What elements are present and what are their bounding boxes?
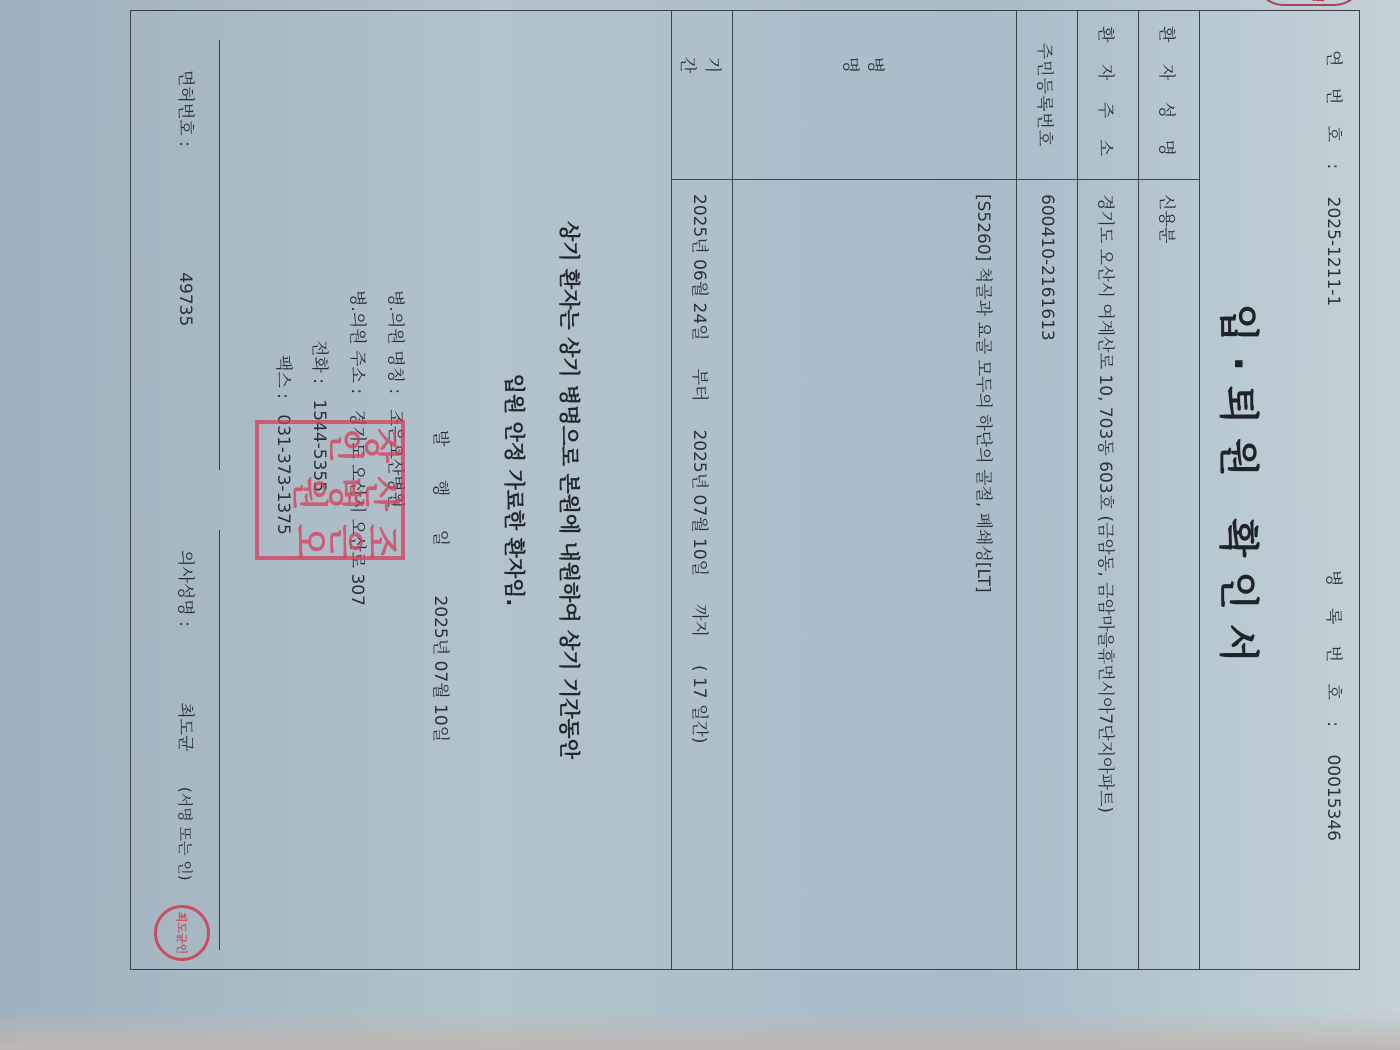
- row-patient-address: 환 자 주 소 경기도 오산시 여계산로 10, 703동 603호 (금암동,…: [1078, 11, 1139, 970]
- period-to: 까지: [690, 604, 715, 637]
- document-title: 입·퇴원 확인서: [1213, 10, 1270, 970]
- doctor-value: 최도균: [175, 702, 195, 751]
- hospital-fax-label: 팩스 :: [273, 355, 293, 399]
- period-from: 부터: [690, 369, 715, 402]
- patient-address-label: 환 자 주 소: [1078, 11, 1139, 180]
- row-resident-id: 주민등록번호 600410-2161613: [1017, 11, 1078, 970]
- chart-value: 00015346: [1323, 754, 1343, 841]
- statement-line-2: 입원 안정 가료한 환자임.: [500, 10, 530, 970]
- doctor-rule: [219, 530, 220, 950]
- period-start: 2025년 06월 24일: [690, 194, 715, 341]
- top-hospital-seal: 조은오산병원: [1254, 0, 1364, 6]
- period-value: 2025년 06월 24일 부터 2025년 07월 10일 까지 ( 17 일…: [672, 180, 733, 970]
- patient-name-value: 신용분: [1139, 180, 1200, 970]
- admission-discharge-certificate: 조은오산병원 연 번 호 : 2025-1211-1 병 록 번 호 : 000…: [120, 10, 1360, 970]
- row-period: 기 간 2025년 06월 24일 부터 2025년 07월 10일 까지 ( …: [672, 11, 733, 970]
- hospital-address-label: 병.의원 주소 :: [347, 290, 367, 394]
- hospital-seal-text: 조은오산병원장인: [259, 418, 401, 562]
- patient-name-label: 환 자 성 명: [1139, 11, 1200, 180]
- issue-date-value: 2025년 07월 10일: [430, 595, 450, 742]
- issue-date: 발 행 일 2025년 07월 10일: [430, 430, 455, 742]
- issue-date-label: 발 행 일: [430, 430, 450, 560]
- hospital-seal-stamp: 조은오산병원장인: [255, 420, 405, 560]
- serial-value: 2025-1211-1: [1323, 197, 1343, 307]
- period-label: 기 간: [672, 11, 733, 180]
- row-diagnosis: 병 명 [S5260] 척골과 요골 모두의 하단의 골절, 폐쇄성[LT]: [733, 11, 1017, 970]
- doctor-label: 의사성명 :: [175, 550, 195, 627]
- diagnosis-value: [S5260] 척골과 요골 모두의 하단의 골절, 폐쇄성[LT]: [733, 180, 1017, 970]
- resident-id-label: 주민등록번호: [1017, 11, 1078, 180]
- period-days: ( 17 일간): [690, 665, 715, 744]
- doctor-name: 의사성명 : 최도균 (서명 또는 인): [175, 550, 200, 881]
- license-label: 면허번호 :: [175, 70, 195, 147]
- license-number: 면허번호 : 49735: [175, 70, 200, 326]
- signature-note: (서명 또는 인): [176, 787, 194, 881]
- desk-surface: [0, 1010, 1400, 1050]
- resident-id-value: 600410-2161613: [1017, 180, 1078, 970]
- row-patient-name: 환 자 성 명 신용분: [1139, 11, 1200, 970]
- doctor-seal-text: 최도균인: [174, 912, 190, 955]
- period-end: 2025년 07월 10일: [690, 429, 715, 576]
- license-rule: [219, 40, 220, 470]
- diagnosis-label: 병 명: [733, 11, 1017, 180]
- chart-label: 병 록 번 호 :: [1323, 570, 1343, 735]
- chart-number: 병 록 번 호 : 00015346: [1323, 570, 1348, 841]
- doctor-seal-stamp: 최도균인: [154, 905, 210, 961]
- patient-info-table: 환 자 성 명 신용분 환 자 주 소 경기도 오산시 여계산로 10, 703…: [671, 10, 1200, 970]
- license-value: 49735: [175, 272, 195, 326]
- top-seal-text: 조은오산병원: [1290, 0, 1328, 4]
- serial-number: 연 번 호 : 2025-1211-1: [1323, 50, 1348, 306]
- patient-address-value: 경기도 오산시 여계산로 10, 703동 603호 (금암동, 금암마을휴먼시…: [1078, 180, 1139, 970]
- serial-label: 연 번 호 :: [1323, 50, 1343, 177]
- hospital-name-label: 병.의원 명칭 :: [385, 290, 405, 394]
- hospital-phone-label: 전화 :: [309, 340, 329, 384]
- statement-line-1: 상기 환자는 상기 병명으로 본원에 내원하여 상기 기간동안: [555, 10, 585, 970]
